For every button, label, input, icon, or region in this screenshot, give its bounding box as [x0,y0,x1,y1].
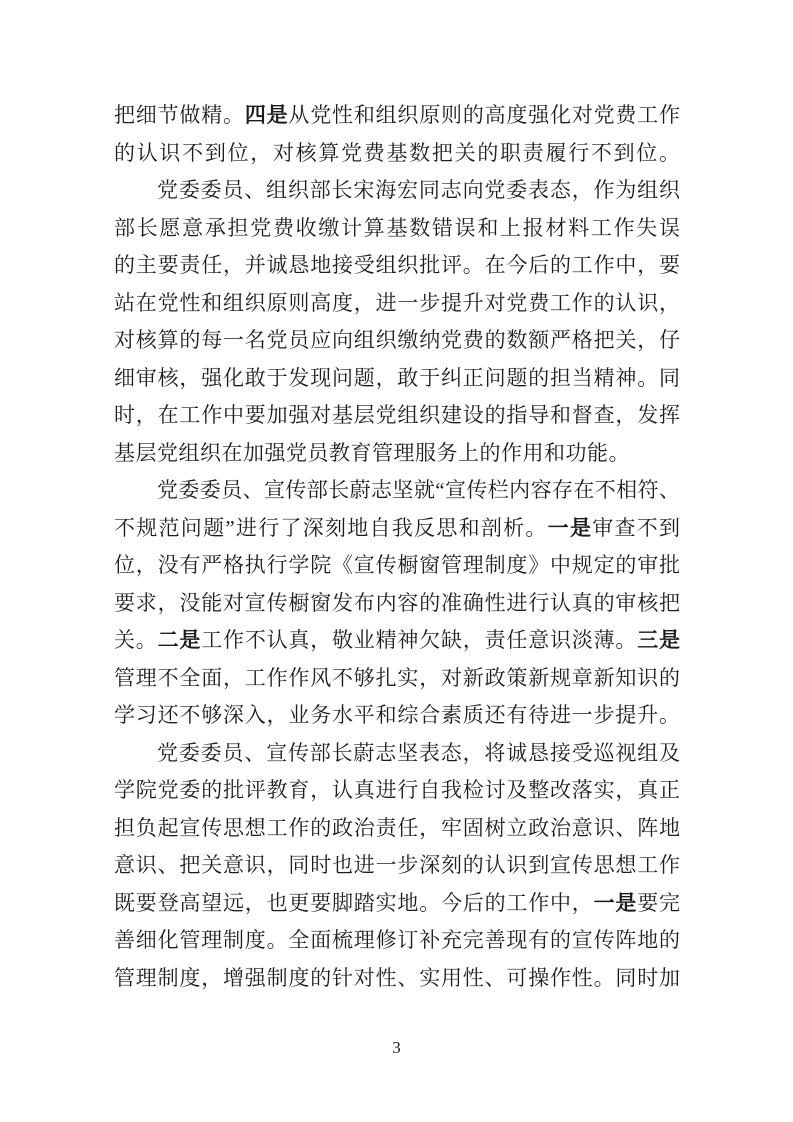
text-line: 党委委员、宣传部长蔚志坚就“宣传栏内容存在不相符、 [114,472,680,510]
text-run: 的主要责任，并诚恳地接受组织批评。在今后的工作中，要 [114,253,680,277]
text-run: 时，在工作中要加强对基层党组织建设的指导和督查，发挥 [114,403,680,427]
text-line: 关。二是工作不认真，敬业精神欠缺，责任意识淡薄。三是 [114,622,680,660]
text-run: 管理制度，增强制度的针对性、实用性、可操作性。同时加 [114,966,680,990]
text-run: 学院党委的批评教育，认真进行自我检讨及整改落实，真正 [114,778,680,802]
bold-text-run: 一是 [548,516,593,540]
page-number: 3 [0,1036,793,1060]
text-run: 站在党性和组织原则高度，进一步提升对党费工作的认识， [114,291,680,315]
text-line: 对核算的每一名党员应向组织缴纳党费的数额严格把关，仔 [114,322,680,360]
text-line: 既要登高望远，也更要脚踏实地。今后的工作中，一是要完 [114,885,680,923]
text-line: 党委委员、组织部长宋海宏同志向党委表态，作为组织 [114,172,680,210]
text-line: 党委委员、宣传部长蔚志坚表态，将诚恳接受巡视组及 [114,735,680,773]
text-line: 要求，没能对宣传橱窗发布内容的准确性进行认真的审核把 [114,585,680,623]
text-run: 意识、把关意识，同时也进一步深刻的认识到宣传思想工作 [114,853,680,877]
text-run: 审查不到 [592,516,680,540]
text-run: 对核算的每一名党员应向组织缴纳党费的数额严格把关，仔 [114,328,680,352]
text-run: 管理不全面，工作作风不够扎实，对新政策新规章新知识的 [114,666,680,690]
text-run: 学习还不够深入，业务水平和综合素质还有待进一步提升。 [114,703,680,727]
text-run: 既要登高望远，也更要脚踏实地。今后的工作中， [114,891,594,915]
text-line: 时，在工作中要加强对基层党组织建设的指导和督查，发挥 [114,397,680,435]
text-run: 党委委员、宣传部长蔚志坚表态，将诚恳接受巡视组及 [157,741,680,765]
text-run: 担负起宣传思想工作的政治责任，牢固树立政治意识、阵地 [114,816,680,840]
text-run: 把细节做精。 [114,103,245,127]
text-run: 细审核，强化敢于发现问题，敢于纠正问题的担当精神。同 [114,366,680,390]
text-run: 要求，没能对宣传橱窗发布内容的准确性进行认真的审核把 [114,591,680,615]
text-run: 要完 [637,891,680,915]
text-run: 从党性和组织原则的高度强化对党费工作 [288,103,680,127]
document-text: 把细节做精。四是从党性和组织原则的高度强化对党费工作的认识不到位，对核算党费基数… [114,97,680,997]
text-line: 细审核，强化敢于发现问题，敢于纠正问题的担当精神。同 [114,360,680,398]
text-line: 部长愿意承担党费收缴计算基数错误和上报材料工作失误 [114,210,680,248]
text-line: 管理不全面，工作作风不够扎实，对新政策新规章新知识的 [114,660,680,698]
text-line: 学习还不够深入，业务水平和综合素质还有待进一步提升。 [114,697,680,735]
document-page: 把细节做精。四是从党性和组织原则的高度强化对党费工作的认识不到位，对核算党费基数… [0,0,793,1122]
text-line: 意识、把关意识，同时也进一步深刻的认识到宣传思想工作 [114,847,680,885]
text-run: 关。 [114,628,158,652]
bold-text-run: 二是 [158,628,202,652]
text-run: 位，没有严格执行学院《宣传橱窗管理制度》中规定的审批 [114,553,680,577]
text-line: 担负起宣传思想工作的政治责任，牢固树立政治意识、阵地 [114,810,680,848]
text-line: 基层党组织在加强党员教育管理服务上的作用和功能。 [114,435,680,473]
text-line: 位，没有严格执行学院《宣传橱窗管理制度》中规定的审批 [114,547,680,585]
text-line: 学院党委的批评教育，认真进行自我检讨及整改落实，真正 [114,772,680,810]
text-run: 部长愿意承担党费收缴计算基数错误和上报材料工作失误 [114,216,680,240]
text-run: 不规范问题”进行了深刻地自我反思和剖析。 [114,516,548,540]
bold-text-run: 三是 [637,628,680,652]
text-line: 把细节做精。四是从党性和组织原则的高度强化对党费工作 [114,97,680,135]
bold-text-run: 一是 [594,891,638,915]
text-run: 基层党组织在加强党员教育管理服务上的作用和功能。 [114,441,630,465]
text-line: 的认识不到位，对核算党费基数把关的职责履行不到位。 [114,135,680,173]
text-line: 管理制度，增强制度的针对性、实用性、可操作性。同时加 [114,960,680,998]
text-line: 站在党性和组织原则高度，进一步提升对党费工作的认识， [114,285,680,323]
text-run: 党委委员、组织部长宋海宏同志向党委表态，作为组织 [157,178,680,202]
text-line: 善细化管理制度。全面梳理修订补充完善现有的宣传阵地的 [114,922,680,960]
bold-text-run: 四是 [245,103,289,127]
text-line: 的主要责任，并诚恳地接受组织批评。在今后的工作中，要 [114,247,680,285]
text-run: 善细化管理制度。全面梳理修订补充完善现有的宣传阵地的 [114,928,680,952]
text-run: 党委委员、宣传部长蔚志坚就“宣传栏内容存在不相符、 [157,478,680,502]
text-line: 不规范问题”进行了深刻地自我反思和剖析。一是审查不到 [114,510,680,548]
text-run: 的认识不到位，对核算党费基数把关的职责履行不到位。 [114,141,680,165]
text-run: 工作不认真，敬业精神欠缺，责任意识淡薄。 [201,628,637,652]
